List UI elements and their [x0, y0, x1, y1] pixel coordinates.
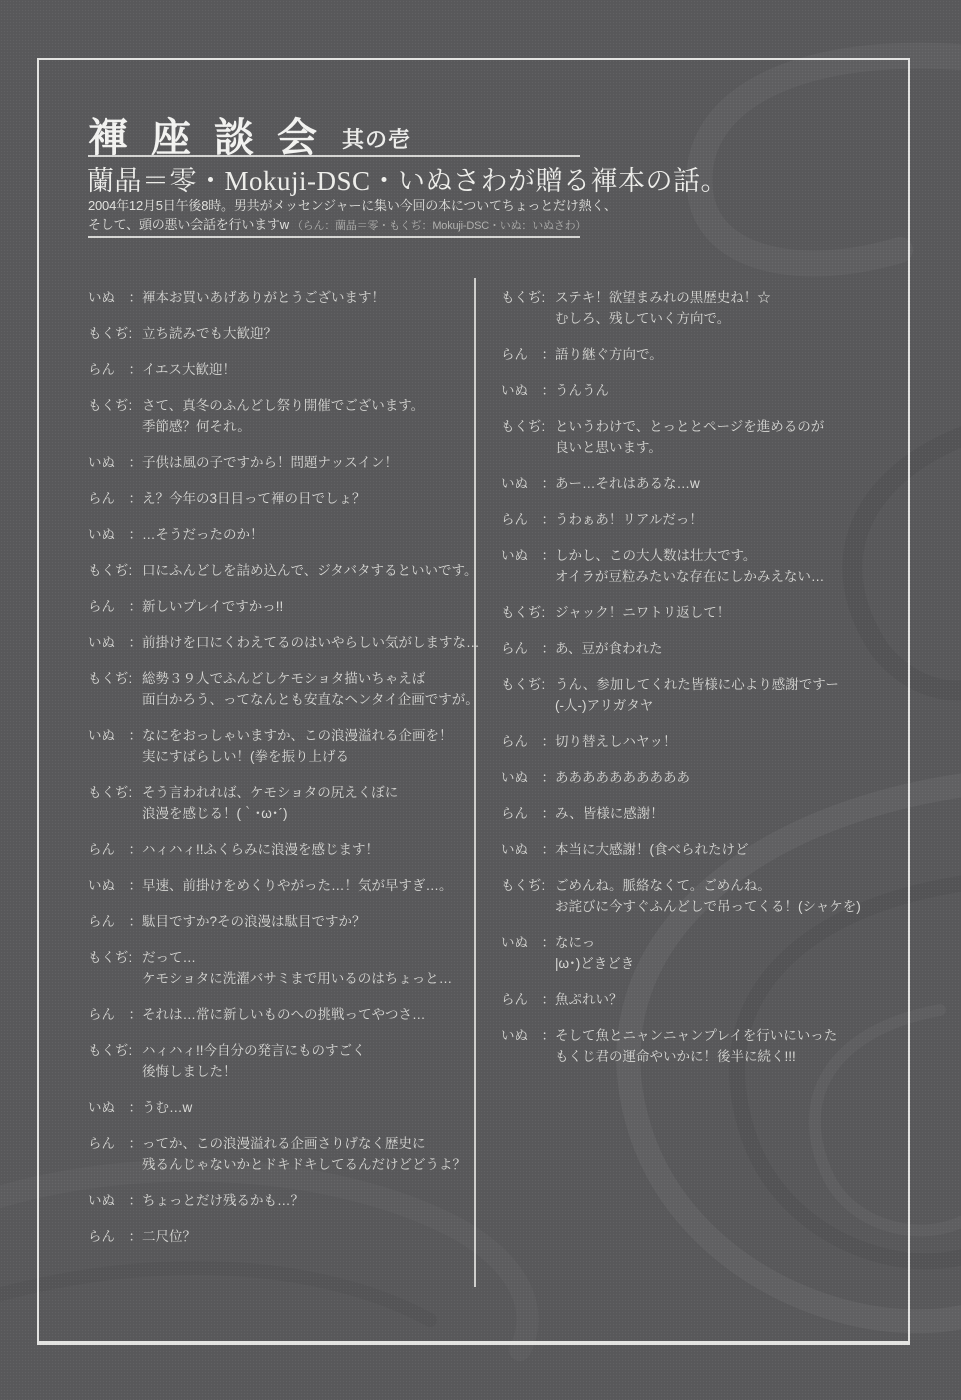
dialog-message: もくぢ:ジャック！ニワトリ返して！	[501, 602, 907, 623]
message-text: 立ち読みでも大歓迎？	[142, 323, 474, 344]
message-line: あ、豆が食われた	[555, 638, 907, 659]
message-text: …そうだったのか！	[142, 524, 474, 545]
message-text: うわぁあ！リアルだっ！	[555, 509, 907, 530]
message-line: 浪漫を感じる！(｀･ω･´)	[142, 803, 474, 824]
message-line: というわけで、とっととページを進めるのが	[555, 416, 907, 437]
message-text: ハィハィ!!ふくらみに浪漫を感じます！	[142, 839, 474, 860]
message-line: ごめんね。脈絡なくて。ごめんね。	[555, 875, 907, 896]
message-text: ステキ！欲望まみれの黒歴史ね！☆むしろ、残していく方向で。	[555, 287, 907, 329]
message-text: 早速、前掛けをめくりやがった…！気が早すぎ…。	[142, 875, 474, 896]
message-text: うん、参加してくれた皆様に心より感謝ですー(-人-)アリガタヤ	[555, 674, 907, 716]
intro-cast-note: （らん：蘭晶＝零・もくぢ：Mokuji-DSC・いぬ：いぬさわ）	[292, 220, 586, 232]
dialog-message: いぬ ：あー…それはあるな…w	[501, 473, 907, 494]
speaker-label: もくぢ:	[501, 875, 555, 896]
dialog-message: もくぢ:そう言われれば、ケモショタの尻えくぼに浪漫を感じる！(｀･ω･´)	[88, 782, 474, 824]
message-line: そして魚とニャンニャンプレイを行いにいった	[555, 1025, 907, 1046]
dialog-message: らん ：それは…常に新しいものへの挑戦ってやつさ…	[88, 1004, 474, 1025]
message-line: 実にすばらしい！(拳を振り上げる	[142, 746, 474, 767]
dialog-message: いぬ ：…そうだったのか！	[88, 524, 474, 545]
message-text: 総勢３９人でふんどしケモショタ描いちゃえば面白かろう、ってなんとも安直なヘンタイ…	[142, 668, 479, 710]
dialog-message: もくぢ:総勢３９人でふんどしケモショタ描いちゃえば面白かろう、ってなんとも安直な…	[88, 668, 474, 710]
message-text: 切り替えしハヤッ！	[555, 731, 907, 752]
message-text: しかし、この大人数は壮大です。オイラが豆粒みたいな存在にしかみえない…	[555, 545, 907, 587]
dialog-message: もくぢ:というわけで、とっととページを進めるのが良いと思います。	[501, 416, 907, 458]
message-text: ってか、この浪漫溢れる企画さりげなく歴史に残るんじゃないかとドキドキしてるんだけ…	[142, 1133, 474, 1175]
message-line: もくじ君の運命やいかに！後半に続く!!!	[555, 1046, 907, 1067]
message-text: 二尺位？	[142, 1226, 474, 1247]
message-line: え？今年の3日目って褌の日でしょ？	[142, 488, 474, 509]
speaker-label: いぬ ：	[88, 1190, 142, 1211]
message-line: 季節感？何それ。	[142, 416, 474, 437]
speaker-label: いぬ ：	[88, 1097, 142, 1118]
speaker-label: らん ：	[501, 509, 555, 530]
message-line: だって…	[142, 947, 474, 968]
speaker-label: らん ：	[88, 911, 142, 932]
dialog-message: いぬ ：本当に大感謝！(食べられたけど	[501, 839, 907, 860]
speaker-label: いぬ ：	[501, 767, 555, 788]
subtitle: 蘭晶＝零・Mokuji-DSC・いぬさわが贈る褌本の話。	[87, 159, 728, 198]
message-line: 新しいプレイですかっ!!	[142, 596, 474, 617]
message-line: 面白かろう、ってなんとも安直なヘンタイ企画ですが。	[142, 689, 479, 710]
speaker-label: もくぢ:	[88, 668, 142, 689]
message-line: うんうん	[555, 380, 907, 401]
speaker-label: もくぢ:	[88, 323, 142, 344]
speaker-label: もくぢ:	[88, 395, 142, 416]
message-line: ちょっとだけ残るかも…？	[142, 1190, 474, 1211]
dialog-message: らん ：駄目ですか?その浪漫は駄目ですか？	[88, 911, 474, 932]
dialog-message: もくぢ:うん、参加してくれた皆様に心より感謝ですー(-人-)アリガタヤ	[501, 674, 907, 716]
dialog-message: いぬ ：そして魚とニャンニャンプレイを行いにいったもくじ君の運命やいかに！後半に…	[501, 1025, 907, 1067]
message-line: 語り継ぐ方向で。	[555, 344, 907, 365]
message-line: うわぁあ！リアルだっ！	[555, 509, 907, 530]
message-line: 褌本お買いあげありがとうございます！	[142, 287, 474, 308]
message-line: 立ち読みでも大歓迎？	[142, 323, 474, 344]
dialog-message: らん ：二尺位？	[88, 1226, 474, 1247]
speaker-label: いぬ ：	[88, 875, 142, 896]
dialog-message: らん ：ハィハィ!!ふくらみに浪漫を感じます！	[88, 839, 474, 860]
speaker-label: いぬ ：	[88, 287, 142, 308]
message-line: …そうだったのか！	[142, 524, 474, 545]
speaker-label: いぬ ：	[88, 725, 142, 746]
dialog-column-left: いぬ ：褌本お買いあげありがとうございます！もくぢ:立ち読みでも大歓迎？らん ：…	[88, 287, 474, 1247]
dialog-message: もくぢ:ごめんね。脈絡なくて。ごめんね。お詫びに今すぐふんどしで吊ってくる！(シ…	[501, 875, 907, 917]
speaker-label: いぬ ：	[501, 380, 555, 401]
speaker-label: もくぢ:	[88, 560, 142, 581]
dialog-message: いぬ ：しかし、この大人数は壮大です。オイラが豆粒みたいな存在にしかみえない…	[501, 545, 907, 587]
speaker-label: らん ：	[88, 1004, 142, 1025]
dialog-message: らん ：新しいプレイですかっ!!	[88, 596, 474, 617]
message-line: 魚ぷれい？	[555, 989, 907, 1010]
message-line: ケモショタに洗濯バサミまで用いるのはちょっと…	[142, 968, 474, 989]
dialog-message: らん ：語り継ぐ方向で。	[501, 344, 907, 365]
speaker-label: らん ：	[501, 638, 555, 659]
message-line: あー…それはあるな…w	[555, 473, 907, 494]
message-line: ハィハィ!!今自分の発言にものすごく	[142, 1040, 474, 1061]
message-line: イエス大歓迎！	[142, 359, 474, 380]
dialog-message: いぬ ：子供は風の子ですから！問題ナッスイン！	[88, 452, 474, 473]
speaker-label: もくぢ:	[88, 947, 142, 968]
message-line: さて、真冬のふんどし祭り開催でございます。	[142, 395, 474, 416]
message-line: お詫びに今すぐふんどしで吊ってくる！(シャケを)	[555, 896, 907, 917]
message-line: むしろ、残していく方向で。	[555, 308, 907, 329]
page-title-part-label: 其の壱	[342, 127, 411, 152]
message-line: そう言われれば、ケモショタの尻えくぼに	[142, 782, 474, 803]
speaker-label: らん ：	[501, 731, 555, 752]
message-text: うむ…w	[142, 1097, 474, 1118]
speaker-label: いぬ ：	[88, 524, 142, 545]
dialog-message: らん ：切り替えしハヤッ！	[501, 731, 907, 752]
message-text: イエス大歓迎！	[142, 359, 474, 380]
dialog-message: もくぢ:ハィハィ!!今自分の発言にものすごく後悔しました！	[88, 1040, 474, 1082]
dialog-message: いぬ ：前掛けを口にくわえてるのはいやらしい気がしますな…	[88, 632, 474, 653]
message-text: あー…それはあるな…w	[555, 473, 907, 494]
dialog-message: いぬ ：なにをおっしゃいますか、この浪漫溢れる企画を！実にすばらしい！(拳を振り…	[88, 725, 474, 767]
speaker-label: らん ：	[88, 359, 142, 380]
message-line: 前掛けを口にくわえてるのはいやらしい気がしますな…	[142, 632, 480, 653]
message-line: み、皆様に感謝！	[555, 803, 907, 824]
message-line: 後悔しました！	[142, 1061, 474, 1082]
message-line: (-人-)アリガタヤ	[555, 695, 907, 716]
speaker-label: らん ：	[88, 488, 142, 509]
message-line: 総勢３９人でふんどしケモショタ描いちゃえば	[142, 668, 479, 689]
message-line: 残るんじゃないかとドキドキしてるんだけどどうよ？	[142, 1154, 474, 1175]
message-text: そして魚とニャンニャンプレイを行いにいったもくじ君の運命やいかに！後半に続く!!…	[555, 1025, 907, 1067]
intro-line-1: 2004年12月5日午後8時。男共がメッセンジャーに集い今回の本についてちょっと…	[88, 196, 617, 215]
intro-line-2-text: そして、頭の悪い会話を行いますw	[88, 217, 289, 232]
message-text: だって…ケモショタに洗濯バサミまで用いるのはちょっと…	[142, 947, 474, 989]
message-line: ステキ！欲望まみれの黒歴史ね！☆	[555, 287, 907, 308]
speaker-label: いぬ ：	[501, 545, 555, 566]
speaker-label: いぬ ：	[88, 632, 142, 653]
message-text: ジャック！ニワトリ返して！	[555, 602, 907, 623]
message-line: オイラが豆粒みたいな存在にしかみえない…	[555, 566, 907, 587]
message-text: あ、豆が食われた	[555, 638, 907, 659]
dialog-message: らん ：イエス大歓迎！	[88, 359, 474, 380]
dialog-message: もくぢ:ステキ！欲望まみれの黒歴史ね！☆むしろ、残していく方向で。	[501, 287, 907, 329]
message-line: 本当に大感謝！(食べられたけど	[555, 839, 907, 860]
message-line: 二尺位？	[142, 1226, 474, 1247]
message-text: 新しいプレイですかっ!!	[142, 596, 474, 617]
speaker-label: もくぢ:	[501, 287, 555, 308]
speaker-label: らん ：	[501, 803, 555, 824]
message-text: さて、真冬のふんどし祭り開催でございます。季節感？何それ。	[142, 395, 474, 437]
dialog-message: もくぢ:だって…ケモショタに洗濯バサミまで用いるのはちょっと…	[88, 947, 474, 989]
message-line: 駄目ですか?その浪漫は駄目ですか？	[142, 911, 474, 932]
message-line: それは…常に新しいものへの挑戦ってやつさ…	[142, 1004, 474, 1025]
speaker-label: らん ：	[501, 989, 555, 1010]
message-text: え？今年の3日目って褌の日でしょ？	[142, 488, 474, 509]
speaker-label: らん ：	[88, 839, 142, 860]
message-text: というわけで、とっととページを進めるのが良いと思います。	[555, 416, 907, 458]
message-line: しかし、この大人数は壮大です。	[555, 545, 907, 566]
message-text: ハィハィ!!今自分の発言にものすごく後悔しました！	[142, 1040, 474, 1082]
speaker-label: いぬ ：	[501, 932, 555, 953]
speaker-label: いぬ ：	[501, 473, 555, 494]
message-text: 子供は風の子ですから！問題ナッスイン！	[142, 452, 474, 473]
dialog-message: いぬ ：褌本お買いあげありがとうございます！	[88, 287, 474, 308]
message-text: み、皆様に感謝！	[555, 803, 907, 824]
dialog-message: らん ：ってか、この浪漫溢れる企画さりげなく歴史に残るんじゃないかとドキドキして…	[88, 1133, 474, 1175]
message-line: 子供は風の子ですから！問題ナッスイン！	[142, 452, 474, 473]
message-text: うんうん	[555, 380, 907, 401]
message-line: ジャック！ニワトリ返して！	[555, 602, 907, 623]
page-title: 褌座談会	[88, 116, 340, 160]
message-text: ちょっとだけ残るかも…？	[142, 1190, 474, 1211]
intro-text: 2004年12月5日午後8時。男共がメッセンジャーに集い今回の本についてちょっと…	[88, 196, 617, 236]
intro-line-2: そして、頭の悪い会話を行いますw（らん：蘭晶＝零・もくぢ：Mokuji-DSC・…	[88, 215, 617, 236]
speaker-label: いぬ ：	[501, 1025, 555, 1046]
message-line: ってか、この浪漫溢れる企画さりげなく歴史に	[142, 1133, 474, 1154]
dialog-message: いぬ ：うんうん	[501, 380, 907, 401]
message-text: ああああああああああ	[555, 767, 907, 788]
dialog-message: らん ：あ、豆が食われた	[501, 638, 907, 659]
speaker-label: もくぢ:	[501, 674, 555, 695]
speaker-label: いぬ ：	[88, 452, 142, 473]
dialog-message: いぬ ：ああああああああああ	[501, 767, 907, 788]
scanned-doujin-page: 褌座談会其の壱 蘭晶＝零・Mokuji-DSC・いぬさわが贈る褌本の話。 200…	[0, 0, 961, 1400]
column-divider-line	[474, 278, 476, 1287]
message-line: 口にふんどしを詰め込んで、ジタバタするといいです。	[142, 560, 477, 581]
speaker-label: らん ：	[88, 596, 142, 617]
dialog-message: らん ：魚ぷれい？	[501, 989, 907, 1010]
speaker-label: もくぢ:	[501, 602, 555, 623]
message-text: なにをおっしゃいますか、この浪漫溢れる企画を！実にすばらしい！(拳を振り上げる	[142, 725, 474, 767]
dialog-message: らん ：うわぁあ！リアルだっ！	[501, 509, 907, 530]
message-text: 口にふんどしを詰め込んで、ジタバタするといいです。	[142, 560, 477, 581]
speaker-label: らん ：	[501, 344, 555, 365]
message-line: 早速、前掛けをめくりやがった…！気が早すぎ…。	[142, 875, 474, 896]
dialog-message: もくぢ:立ち読みでも大歓迎？	[88, 323, 474, 344]
speaker-label: らん ：	[88, 1133, 142, 1154]
message-line: ああああああああああ	[555, 767, 907, 788]
message-line: 良いと思います。	[555, 437, 907, 458]
message-text: そう言われれば、ケモショタの尻えくぼに浪漫を感じる！(｀･ω･´)	[142, 782, 474, 824]
header-rule-top	[88, 155, 580, 157]
message-text: 前掛けを口にくわえてるのはいやらしい気がしますな…	[142, 632, 480, 653]
dialog-message: もくぢ:口にふんどしを詰め込んで、ジタバタするといいです。	[88, 560, 474, 581]
speaker-label: もくぢ:	[88, 1040, 142, 1061]
message-text: 駄目ですか?その浪漫は駄目ですか？	[142, 911, 474, 932]
dialog-message: いぬ ：うむ…w	[88, 1097, 474, 1118]
message-text: 語り継ぐ方向で。	[555, 344, 907, 365]
message-line: なにをおっしゃいますか、この浪漫溢れる企画を！	[142, 725, 474, 746]
dialog-message: いぬ ：ちょっとだけ残るかも…？	[88, 1190, 474, 1211]
message-text: それは…常に新しいものへの挑戦ってやつさ…	[142, 1004, 474, 1025]
message-line: なにっ	[555, 932, 907, 953]
dialog-message: らん ：み、皆様に感謝！	[501, 803, 907, 824]
dialog-message: いぬ ：なにっ|ω･)どきどき	[501, 932, 907, 974]
message-line: うむ…w	[142, 1097, 474, 1118]
message-line: ハィハィ!!ふくらみに浪漫を感じます！	[142, 839, 474, 860]
message-text: 魚ぷれい？	[555, 989, 907, 1010]
dialog-message: いぬ ：早速、前掛けをめくりやがった…！気が早すぎ…。	[88, 875, 474, 896]
dialog-message: もくぢ:さて、真冬のふんどし祭り開催でございます。季節感？何それ。	[88, 395, 474, 437]
speaker-label: もくぢ:	[88, 782, 142, 803]
speaker-label: いぬ ：	[501, 839, 555, 860]
dialog-message: らん ：え？今年の3日目って褌の日でしょ？	[88, 488, 474, 509]
dialog-column-right: もくぢ:ステキ！欲望まみれの黒歴史ね！☆むしろ、残していく方向で。らん ：語り継…	[501, 287, 907, 1067]
message-text: 褌本お買いあげありがとうございます！	[142, 287, 474, 308]
message-text: ごめんね。脈絡なくて。ごめんね。お詫びに今すぐふんどしで吊ってくる！(シャケを)	[555, 875, 907, 917]
message-line: 切り替えしハヤッ！	[555, 731, 907, 752]
message-text: 本当に大感謝！(食べられたけど	[555, 839, 907, 860]
message-text: なにっ|ω･)どきどき	[555, 932, 907, 974]
message-line: うん、参加してくれた皆様に心より感謝ですー	[555, 674, 907, 695]
header-rule-bottom	[88, 236, 580, 238]
message-line: |ω･)どきどき	[555, 953, 907, 974]
speaker-label: らん ：	[88, 1226, 142, 1247]
speaker-label: もくぢ:	[501, 416, 555, 437]
